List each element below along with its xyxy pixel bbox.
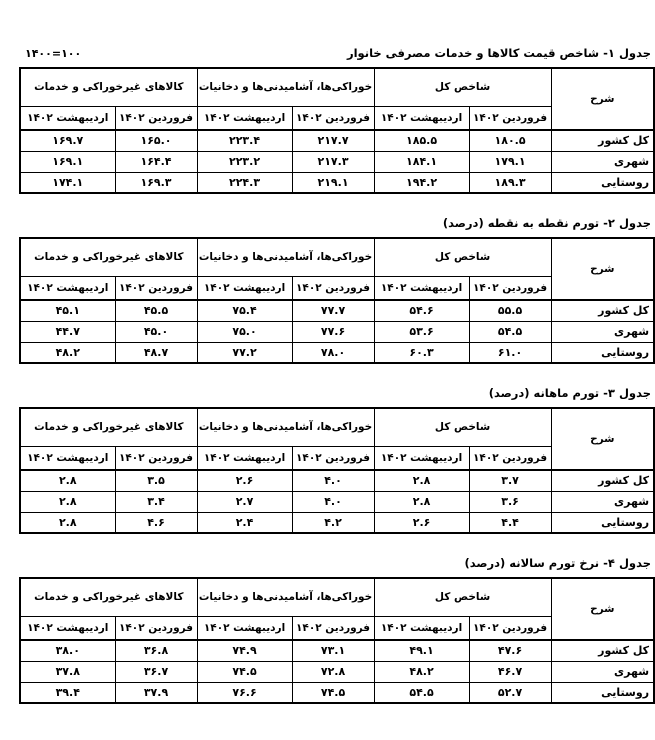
data-cell: ۳۶.۷ [115,661,197,682]
data-cell: ۱۷۹.۱ [469,151,551,172]
data-cell: ۱۸۴.۱ [374,151,469,172]
data-cell: ۲.۸ [20,512,115,533]
row-label: روستایی [551,342,654,363]
table-block-1: جدول ۱- شاخص قیمت کالاها و خدمات مصرفی خ… [0,46,655,194]
data-cell: ۲.۶ [374,512,469,533]
data-cell: ۴۸.۲ [374,661,469,682]
row-label: کل کشور [551,640,654,661]
header-group-food-beverages-tobacco: خوراکی‌ها، آشامیدنی‌ها و دخانیات [197,238,374,276]
data-cell: ۴۵.۰ [115,321,197,342]
table-row: روستایی ۵۲.۷ ۵۴.۵ ۷۴.۵ ۷۶.۶ ۳۷.۹ ۳۹.۴ [20,682,654,703]
data-cell: ۴۸.۲ [20,342,115,363]
table-4-title-row: جدول ۴- نرخ تورم سالانه (درصد) [25,556,651,571]
header-group-food-beverages-tobacco: خوراکی‌ها، آشامیدنی‌ها و دخانیات [197,408,374,446]
row-label: شهری [551,661,654,682]
header-group-food-beverages-tobacco: خوراکی‌ها، آشامیدنی‌ها و دخانیات [197,578,374,616]
header-group-total-index: شاخص کل [374,68,551,106]
header-group-total-index: شاخص کل [374,408,551,446]
data-cell: ۴.۶ [115,512,197,533]
header-month-ordibehesht: اردیبهشت ۱۴۰۲ [197,106,292,130]
header-month-farvardin: فروردین ۱۴۰۲ [292,106,374,130]
data-cell: ۳.۴ [115,491,197,512]
data-cell: ۱۶۵.۰ [115,130,197,151]
data-cell: ۴۷.۶ [469,640,551,661]
data-cell: ۱۹۴.۲ [374,172,469,193]
data-cell: ۳۶.۸ [115,640,197,661]
table-2-title: جدول ۲- تورم نقطه به نقطه (درصد) [443,216,651,231]
data-cell: ۶۰.۳ [374,342,469,363]
header-month-ordibehesht: اردیبهشت ۱۴۰۲ [374,446,469,470]
table-4-annual-inflation: شرح شاخص کل خوراکی‌ها، آشامیدنی‌ها و دخا… [19,577,655,704]
data-cell: ۳۸.۰ [20,640,115,661]
data-cell: ۴۶.۷ [469,661,551,682]
table-3-title-row: جدول ۳- تورم ماهانه (درصد) [25,386,651,401]
data-cell: ۳۹.۴ [20,682,115,703]
header-month-ordibehesht: اردیبهشت ۱۴۰۲ [20,276,115,300]
row-label: کل کشور [551,130,654,151]
data-cell: ۱۶۴.۴ [115,151,197,172]
row-label: شهری [551,321,654,342]
data-cell: ۲۱۹.۱ [292,172,374,193]
header-group-row: شرح شاخص کل خوراکی‌ها، آشامیدنی‌ها و دخا… [20,68,654,106]
header-month-ordibehesht: اردیبهشت ۱۴۰۲ [20,616,115,640]
data-cell: ۲.۶ [197,470,292,491]
data-cell: ۴.۴ [469,512,551,533]
header-group-food-beverages-tobacco: خوراکی‌ها، آشامیدنی‌ها و دخانیات [197,68,374,106]
data-cell: ۷۵.۰ [197,321,292,342]
data-cell: ۲.۸ [20,491,115,512]
header-group-nonfood-services: کالاهای غیرخوراکی و خدمات [20,578,197,616]
header-month-ordibehesht: اردیبهشت ۱۴۰۲ [197,276,292,300]
header-month-ordibehesht: اردیبهشت ۱۴۰۲ [374,616,469,640]
header-description: شرح [551,578,654,640]
header-group-row: شرح شاخص کل خوراکی‌ها، آشامیدنی‌ها و دخا… [20,238,654,276]
data-cell: ۷۷.۶ [292,321,374,342]
data-cell: ۱۶۹.۱ [20,151,115,172]
table-row: کل کشور ۵۵.۵ ۵۴.۶ ۷۷.۷ ۷۵.۴ ۴۵.۵ ۴۵.۱ [20,300,654,321]
table-2-title-row: جدول ۲- تورم نقطه به نقطه (درصد) [25,216,651,231]
table-block-2: جدول ۲- تورم نقطه به نقطه (درصد) شرح شاخ… [0,216,655,364]
data-cell: ۲۲۴.۳ [197,172,292,193]
header-month-farvardin: فروردین ۱۴۰۲ [115,106,197,130]
data-cell: ۱۸۵.۵ [374,130,469,151]
header-month-farvardin: فروردین ۱۴۰۲ [292,616,374,640]
base-year-note: ۱۴۰۰=۱۰۰ [25,46,81,61]
data-cell: ۳.۶ [469,491,551,512]
header-month-farvardin: فروردین ۱۴۰۲ [469,616,551,640]
row-label: روستایی [551,512,654,533]
table-3-monthly-inflation: شرح شاخص کل خوراکی‌ها، آشامیدنی‌ها و دخا… [19,407,655,534]
table-block-3: جدول ۳- تورم ماهانه (درصد) شرح شاخص کل خ… [0,386,655,534]
header-month-ordibehesht: اردیبهشت ۱۴۰۲ [374,276,469,300]
data-cell: ۷۷.۲ [197,342,292,363]
data-cell: ۴۴.۷ [20,321,115,342]
header-group-row: شرح شاخص کل خوراکی‌ها، آشامیدنی‌ها و دخا… [20,578,654,616]
data-cell: ۵۴.۶ [374,300,469,321]
table-1-price-index: شرح شاخص کل خوراکی‌ها، آشامیدنی‌ها و دخا… [19,67,655,194]
table-block-4: جدول ۴- نرخ تورم سالانه (درصد) شرح شاخص … [0,556,655,704]
table-row: شهری ۵۴.۵ ۵۳.۶ ۷۷.۶ ۷۵.۰ ۴۵.۰ ۴۴.۷ [20,321,654,342]
table-3-title: جدول ۳- تورم ماهانه (درصد) [489,386,651,401]
header-month-farvardin: فروردین ۱۴۰۲ [469,446,551,470]
data-cell: ۴۵.۵ [115,300,197,321]
data-cell: ۷۵.۴ [197,300,292,321]
table-1-title-row: جدول ۱- شاخص قیمت کالاها و خدمات مصرفی خ… [25,46,651,61]
data-cell: ۲۱۷.۷ [292,130,374,151]
data-cell: ۱۸۰.۵ [469,130,551,151]
data-cell: ۷۶.۶ [197,682,292,703]
row-label: کل کشور [551,300,654,321]
table-2-point-to-point-inflation: شرح شاخص کل خوراکی‌ها، آشامیدنی‌ها و دخا… [19,237,655,364]
header-month-ordibehesht: اردیبهشت ۱۴۰۲ [20,446,115,470]
table-row: کل کشور ۱۸۰.۵ ۱۸۵.۵ ۲۱۷.۷ ۲۲۳.۴ ۱۶۵.۰ ۱۶… [20,130,654,151]
data-cell: ۷۲.۸ [292,661,374,682]
document-page: جدول ۱- شاخص قیمت کالاها و خدمات مصرفی خ… [0,0,655,740]
header-month-farvardin: فروردین ۱۴۰۲ [115,616,197,640]
header-month-ordibehesht: اردیبهشت ۱۴۰۲ [197,616,292,640]
header-month-farvardin: فروردین ۱۴۰۲ [292,276,374,300]
row-label: کل کشور [551,470,654,491]
data-cell: ۴.۰ [292,470,374,491]
table-row: شهری ۴۶.۷ ۴۸.۲ ۷۲.۸ ۷۴.۵ ۳۶.۷ ۳۷.۸ [20,661,654,682]
header-group-total-index: شاخص کل [374,238,551,276]
data-cell: ۷۴.۵ [292,682,374,703]
data-cell: ۳.۵ [115,470,197,491]
data-cell: ۷۸.۰ [292,342,374,363]
data-cell: ۳۷.۹ [115,682,197,703]
data-cell: ۵۴.۵ [469,321,551,342]
data-cell: ۲.۸ [374,491,469,512]
data-cell: ۲.۸ [374,470,469,491]
table-row: شهری ۳.۶ ۲.۸ ۴.۰ ۲.۷ ۳.۴ ۲.۸ [20,491,654,512]
header-group-nonfood-services: کالاهای غیرخوراکی و خدمات [20,408,197,446]
header-month-ordibehesht: اردیبهشت ۱۴۰۲ [374,106,469,130]
data-cell: ۱۸۹.۳ [469,172,551,193]
row-label: شهری [551,491,654,512]
table-row: کل کشور ۴۷.۶ ۴۹.۱ ۷۳.۱ ۷۴.۹ ۳۶.۸ ۳۸.۰ [20,640,654,661]
table-row: روستایی ۶۱.۰ ۶۰.۳ ۷۸.۰ ۷۷.۲ ۴۸.۷ ۴۸.۲ [20,342,654,363]
header-group-row: شرح شاخص کل خوراکی‌ها، آشامیدنی‌ها و دخا… [20,408,654,446]
data-cell: ۴.۲ [292,512,374,533]
header-group-nonfood-services: کالاهای غیرخوراکی و خدمات [20,68,197,106]
data-cell: ۲.۴ [197,512,292,533]
table-row: شهری ۱۷۹.۱ ۱۸۴.۱ ۲۱۷.۳ ۲۲۳.۲ ۱۶۴.۴ ۱۶۹.۱ [20,151,654,172]
data-cell: ۷۴.۵ [197,661,292,682]
row-label: روستایی [551,172,654,193]
data-cell: ۲۲۳.۲ [197,151,292,172]
table-1-title: جدول ۱- شاخص قیمت کالاها و خدمات مصرفی خ… [347,46,651,61]
header-month-ordibehesht: اردیبهشت ۱۴۰۲ [197,446,292,470]
header-month-farvardin: فروردین ۱۴۰۲ [292,446,374,470]
data-cell: ۷۷.۷ [292,300,374,321]
data-cell: ۲.۷ [197,491,292,512]
data-cell: ۴۸.۷ [115,342,197,363]
data-cell: ۶۱.۰ [469,342,551,363]
row-label: روستایی [551,682,654,703]
data-cell: ۵۴.۵ [374,682,469,703]
header-description: شرح [551,408,654,470]
header-month-farvardin: فروردین ۱۴۰۲ [115,276,197,300]
data-cell: ۴۹.۱ [374,640,469,661]
data-cell: ۳.۷ [469,470,551,491]
header-group-total-index: شاخص کل [374,578,551,616]
data-cell: ۴۵.۱ [20,300,115,321]
data-cell: ۷۴.۹ [197,640,292,661]
header-group-nonfood-services: کالاهای غیرخوراکی و خدمات [20,238,197,276]
data-cell: ۱۶۹.۷ [20,130,115,151]
data-cell: ۵۳.۶ [374,321,469,342]
data-cell: ۱۶۹.۳ [115,172,197,193]
header-month-ordibehesht: اردیبهشت ۱۴۰۲ [20,106,115,130]
data-cell: ۵۲.۷ [469,682,551,703]
data-cell: ۴.۰ [292,491,374,512]
data-cell: ۱۷۴.۱ [20,172,115,193]
data-cell: ۷۳.۱ [292,640,374,661]
table-row: روستایی ۱۸۹.۳ ۱۹۴.۲ ۲۱۹.۱ ۲۲۴.۳ ۱۶۹.۳ ۱۷… [20,172,654,193]
data-cell: ۲۲۳.۴ [197,130,292,151]
data-cell: ۳۷.۸ [20,661,115,682]
row-label: شهری [551,151,654,172]
data-cell: ۲.۸ [20,470,115,491]
table-row: روستایی ۴.۴ ۲.۶ ۴.۲ ۲.۴ ۴.۶ ۲.۸ [20,512,654,533]
data-cell: ۵۵.۵ [469,300,551,321]
header-description: شرح [551,238,654,300]
header-month-farvardin: فروردین ۱۴۰۲ [115,446,197,470]
table-4-title: جدول ۴- نرخ تورم سالانه (درصد) [465,556,652,571]
header-month-farvardin: فروردین ۱۴۰۲ [469,276,551,300]
table-row: کل کشور ۳.۷ ۲.۸ ۴.۰ ۲.۶ ۳.۵ ۲.۸ [20,470,654,491]
header-month-farvardin: فروردین ۱۴۰۲ [469,106,551,130]
header-description: شرح [551,68,654,130]
data-cell: ۲۱۷.۳ [292,151,374,172]
